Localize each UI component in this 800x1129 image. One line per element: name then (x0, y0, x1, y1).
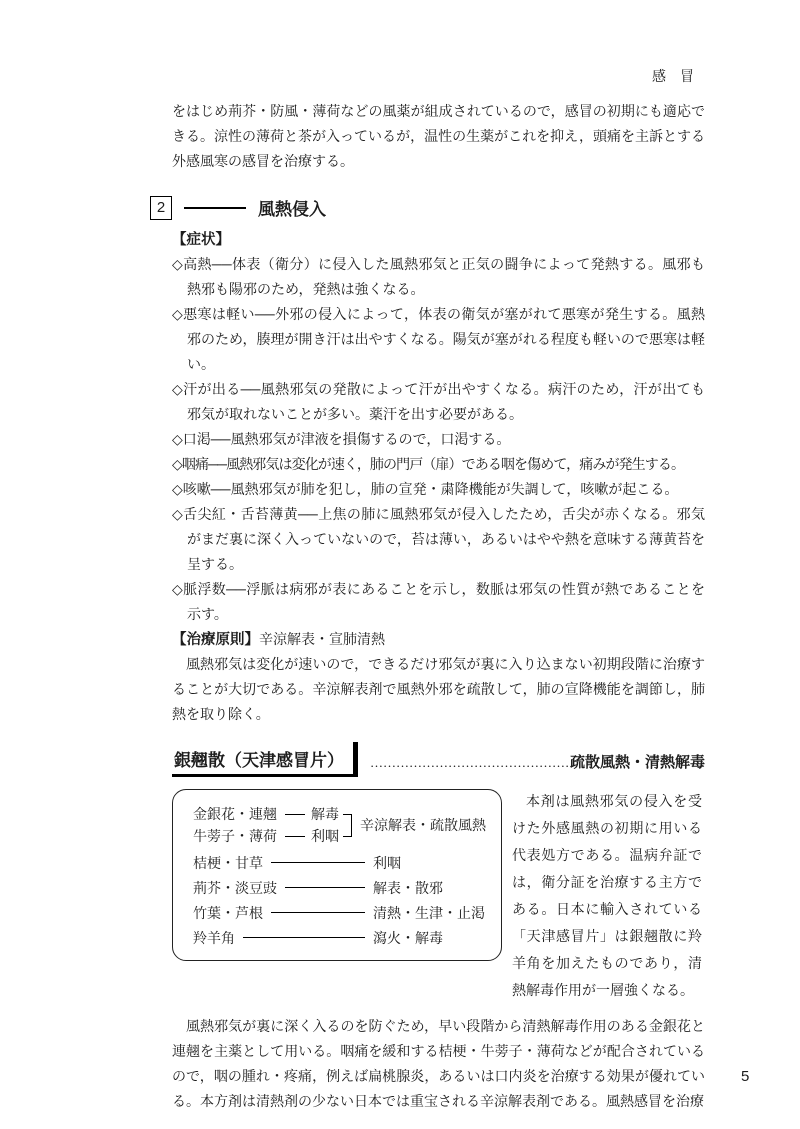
herb-connector-line (285, 887, 365, 888)
herb-name: 羚羊角 (193, 928, 235, 948)
treatment-heading: 【治療原則】 (172, 632, 259, 648)
herb-connector-line (243, 937, 365, 938)
symptom-item: ◇悪寒は軽い──外邪の侵入によって，体表の衛気が塞がれて悪寒が発生する。風熱邪の… (172, 303, 705, 378)
page-content: をはじめ荊芥・防風・薄荷などの風薬が組成されているので，感冒の初期にも適応できる… (172, 100, 705, 1115)
symptom-item: ◇高熱──体表（衛分）に侵入した風熱邪気と正気の闘争によって発熱する。風邪も熱邪… (172, 253, 705, 303)
symptom-item: ◇脈浮数──浮脈は病邪が表にあることを示し，数脈は邪気の性質が熱であることを示す… (172, 578, 705, 628)
formula-title: 銀翹散（天津感冒片） (172, 742, 358, 777)
herb-effect: 清熱・生津・止渇 (373, 903, 493, 923)
formula-header: 銀翹散（天津感冒片） ………………………………………………………… 疏散風熱・清… (172, 742, 705, 777)
herb-effect: 利咽 (373, 853, 493, 873)
herb-connector-line (271, 862, 365, 863)
herb-effect: 解表・散邪 (373, 878, 493, 898)
herb-connector-line (285, 836, 305, 837)
herb-name: 金銀花・連翹 (193, 804, 279, 824)
section-title: 風熱侵入 (258, 195, 326, 220)
symptoms-list: ◇高熱──体表（衛分）に侵入した風熱邪気と正気の闘争によって発熱する。風邪も熱邪… (172, 253, 705, 628)
herb-connector-line (271, 912, 365, 913)
symptom-item: ◇汗が出る──風熱邪気の発散によって汗が出やすくなる。病汗のため，汗が出ても邪気… (172, 378, 705, 428)
symptom-item: ◇舌尖紅・舌苔薄黄──上焦の肺に風熱邪気が侵入したため，舌尖が赤くなる。邪気がま… (172, 503, 705, 578)
herb-effect: 解毒 (311, 804, 339, 824)
treatment-principle: 辛涼解表・宣肺清熱 (259, 633, 385, 648)
herb-name: 荊芥・淡豆豉 (193, 878, 277, 898)
symptom-item: ◇口渇──風熱邪気が津液を損傷するので，口渇する。 (172, 428, 705, 453)
symptoms-heading: 【症状】 (172, 228, 705, 253)
formula-section: 金銀花・連翹 解毒 牛蒡子・薄荷 利咽 辛涼解表・疏散風熱 (172, 789, 705, 1005)
herb-connector-line (285, 814, 305, 815)
section-heading: 2 風熱侵入 (150, 195, 705, 220)
herb-effect: 利咽 (311, 826, 339, 846)
herb-group-rows: 金銀花・連翹 解毒 牛蒡子・薄荷 利咽 (193, 803, 339, 847)
herb-name: 竹葉・芦根 (193, 903, 263, 923)
herb-row: 荊芥・淡豆豉 解表・散邪 (193, 875, 493, 900)
herb-row: 金銀花・連翹 解毒 (193, 803, 339, 825)
leader-dots: ………………………………………………………… (370, 755, 568, 771)
herb-row: 牛蒡子・薄荷 利咽 (193, 825, 339, 847)
treatment-principle-line: 【治療原則】辛涼解表・宣肺清熱 (172, 628, 705, 653)
herb-name: 桔梗・甘草 (193, 853, 263, 873)
treatment-body: 風熱邪気は変化が速いので，できるだけ邪気が裏に入り込まない初期段階に治療すること… (172, 653, 705, 728)
herb-group: 金銀花・連翹 解毒 牛蒡子・薄荷 利咽 辛涼解表・疏散風熱 (193, 803, 493, 847)
formula-description: 本剤は風熱邪気の侵入を受けた外感風熱の初期に用いる代表処方である。温病弁証では，… (512, 789, 702, 1005)
group-result: 辛涼解表・疏散風熱 (360, 815, 486, 835)
herb-effect: 瀉火・解毒 (373, 928, 493, 948)
page-number: 5 (741, 1068, 749, 1085)
intro-paragraph: をはじめ荊芥・防風・薄荷などの風薬が組成されているので，感冒の初期にも適応できる… (172, 100, 705, 175)
group-bracket (343, 814, 352, 837)
herb-row: 桔梗・甘草 利咽 (193, 850, 493, 875)
book-page: 感 冒 をはじめ荊芥・防風・薄荷などの風薬が組成されているので，感冒の初期にも適… (0, 0, 800, 1129)
section-number-box: 2 (150, 196, 172, 220)
herb-row: 羚羊角 瀉火・解毒 (193, 925, 493, 950)
herb-row: 竹葉・芦根 清熱・生津・止渇 (193, 900, 493, 925)
symptom-item: ◇咽痛──風熱邪気は変化が速く，肺の門戸（扉）である咽を傷めて，痛みが発生する。 (172, 453, 705, 478)
symptom-item: ◇咳嗽──風熱邪気が肺を犯し，肺の宣発・粛降機能が失調して，咳嗽が起こる。 (172, 478, 705, 503)
section-divider-line (184, 207, 246, 209)
herb-composition-box: 金銀花・連翹 解毒 牛蒡子・薄荷 利咽 辛涼解表・疏散風熱 (172, 789, 502, 961)
herb-name: 牛蒡子・薄荷 (193, 826, 279, 846)
running-header: 感 冒 (652, 66, 694, 86)
closing-paragraph: 風熱邪気が裏に深く入るのを防ぐため，早い段階から清熱解毒作用のある金銀花と連翹を… (172, 1015, 705, 1115)
formula-tagline: 疏散風熱・清熱解毒 (570, 751, 705, 772)
